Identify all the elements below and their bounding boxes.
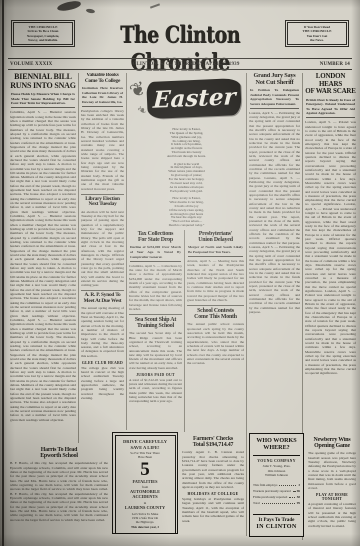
headline-presbyterians: Presbyterians' Union Delayed (187, 231, 244, 244)
body-school-contests: The annual public school contests sponso… (187, 322, 244, 365)
masthead-slogan-box-left: THE CHRONICLE Strives To Be a Clean News… (11, 20, 75, 47)
easter-poem: How lovely is Easter, The Queen of the S… (135, 128, 238, 228)
story-newberry-wins: Newberry Wins Opening Game The opening g… (308, 437, 356, 544)
rule-below-dateline (8, 69, 352, 70)
story-school-contests: School Contests Come This Month The annu… (187, 305, 244, 366)
easter-banner: ❦ ❧ Easter (131, 77, 242, 125)
ad-line-fatalities: FATALITIES (118, 480, 173, 485)
masthead-slogan-box-right: If You Don't Read THE CHRONICLE You Don'… (285, 20, 349, 47)
dateline-bar: VOLUME XXXIX CLINTON, S. C., THURSDAY, A… (10, 61, 350, 69)
body-newberry-wins: The opening game of the college baseball… (308, 451, 356, 490)
issue-number-label: NUMBER 14 (320, 62, 350, 67)
drive-carefully-ad-inner: DRIVE CAREFULLY SAVE A LIFE! So Far This… (115, 435, 176, 534)
body-jurors-paid: A total of $1,512.45 was paid out to jur… (129, 378, 182, 404)
body-valuable-books: Presbyterian college's library has been … (81, 109, 124, 191)
column-rule (126, 73, 127, 430)
headline-newberry-wins: Newberry Wins Opening Game (308, 437, 356, 450)
body-sea-scout: The second Sea Scout ship of the Blue Ri… (129, 331, 182, 370)
slogan-left-text: THE CHRONICLE Strives To Be a Clean News… (15, 25, 71, 43)
body-harris-epworth: B. F. Harris, of this city, has accepted… (10, 461, 108, 522)
column-rule (78, 73, 79, 443)
body-play-at-home: A program consisting of a number of musi… (308, 502, 356, 528)
column-tax-collections: Tax Collections For State Drop Decline o… (129, 231, 182, 430)
works-box-footer: It Pays To Trade IN CLINTON (253, 514, 300, 530)
subhead-holidays-college: HOLIDAYS AT COLLEGE (182, 492, 244, 496)
city-date-label: CLINTON, S. C., THURSDAY, APRIL 6, 1939 (133, 62, 240, 67)
works-box-row: Workers previously reported96 (253, 488, 300, 493)
body-biennial-bill: Columbia, April 5. — Biennial sessions l… (10, 110, 76, 422)
subhead-grand-jury: In Petition To Delegation Judicial Body … (250, 88, 299, 109)
story-arp-synod: A. R. P. Synod To Meet At Due West The a… (81, 290, 124, 400)
body-holidays-college: Spring holidays at Presbyterian college … (182, 497, 244, 523)
story-sea-scout: Sea Scout Ship At Training School The se… (129, 314, 182, 404)
subhead-valuable-books: Institution Here Receives Collection Fro… (82, 86, 123, 107)
body-grand-jury: Laurens, April 5. — Petitioning the coun… (249, 111, 300, 314)
ad-line-laurens-county: LAURENS COUNTY (118, 506, 173, 511)
newspaper-page: THE CHRONICLE Strives To Be a Clean News… (0, 0, 360, 546)
easter-feature-box: ❦ ❧ Easter How lovely is Easter, The Que… (129, 73, 244, 228)
body-tax-collections: Columbia, April 5. — Collections by the … (129, 264, 182, 312)
story-harris-epworth: Harris To Head Epworth School B. F. Harr… (10, 447, 108, 525)
column-london-war-scare: LONDON HEARS OF WAR SCARE British Fleet … (305, 73, 356, 434)
ink-smudge (56, 0, 81, 12)
headline-tax-collections: Tax Collections For State Drop (129, 231, 182, 244)
headline-library-election: Library Election Next Tuesday (81, 197, 124, 209)
works-box-company: YOUNG COMPANY (253, 459, 300, 463)
column-rule (184, 230, 185, 432)
headline-harris-epworth: Harris To Head Epworth School (10, 447, 108, 460)
volume-label: VOLUME XXXIX (10, 62, 52, 67)
ad-line-drive-carefully: DRIVE CAREFULLY (118, 439, 173, 444)
ink-smudge (86, 8, 96, 14)
ink-smudge (150, 3, 160, 8)
subhead-tax-collections: Decline of $234,000 Over March of Year A… (130, 245, 181, 261)
masthead: THE CHRONICLE Strives To Be a Clean News… (8, 15, 352, 57)
column-valuable-books: Valuable Books Come To College Instituti… (81, 73, 124, 444)
easter-title: Easter (152, 83, 236, 114)
headline-biennial-bill: BIENNIAL BILL RUNS INTO SNAG (10, 73, 76, 91)
subhead-jurors-paid: JURORS PAID OUT (129, 373, 182, 377)
body-arp-synod: The annual spring meeting of the synod w… (81, 306, 124, 358)
headline-farmers-checks: Farmers' Checks Total $194,714.47 (182, 436, 244, 449)
easter-banner-plate: Easter (146, 78, 242, 119)
body-glee-club: The college glee club was heard in conce… (81, 366, 124, 401)
works-box-title: WHO WORKS WHERE? (253, 436, 300, 456)
subhead-glee-club: GLEE CLUB HEARD (81, 361, 124, 365)
subhead-presbyterians: Merger of North and South Likely Be Post… (188, 245, 243, 257)
column-rule (246, 73, 247, 536)
subhead-biennial-bill: House Holds Up Measure When Charge Is Ma… (11, 92, 75, 108)
subhead-london-war-scare: British Fleet Is Ready In Face of Emerge… (306, 98, 355, 119)
in-clinton-label: IN CLINTON (253, 523, 300, 530)
column-presbyterians: Presbyterians' Union Delayed Merger of N… (187, 231, 244, 432)
scan-edge-line (2, 0, 4, 546)
works-box-row: This firm employs3 (253, 482, 300, 487)
column-biennial-bill: BIENNIAL BILL RUNS INTO SNAG House Holds… (10, 73, 76, 444)
body-library-election: An election will be held next Tuesday at… (81, 210, 124, 288)
who-works-where-ad-box: WHO WORKS WHERE? YOUNG COMPANY John T. Y… (249, 433, 304, 537)
works-box-rows: This firm employs3Workers previously rep… (253, 481, 300, 506)
headline-sea-scout: Sea Scout Ship At Training School (129, 317, 182, 330)
body-farmers-checks: County Agent C. B. Cannon stated yesterd… (182, 450, 244, 489)
headline-london-war-scare: LONDON HEARS OF WAR SCARE (305, 73, 356, 96)
ad-line-so-far: So Far This Year There Have Been (118, 451, 173, 459)
works-box-people: John T. Young, Pres. Otis Johnson Willia… (253, 464, 300, 478)
headline-arp-synod: A. R. P. Synod To Meet At Due West (81, 293, 124, 305)
ad-line-save-a-life: SAVE A LIFE! (118, 445, 173, 450)
who-works-where-inner: WHO WORKS WHERE? YOUNG COMPANY John T. Y… (250, 434, 303, 532)
headline-valuable-books: Valuable Books Come To College (81, 73, 124, 85)
ad-line-last-year: This date last year, 3 (118, 525, 173, 529)
column-grand-jury: Grand Jury Says Not Cut Sheriff In Petit… (249, 73, 300, 430)
works-box-row: Firms previously reported58 (253, 494, 300, 499)
body-presbyterians: Atlanta, April 5. — Meeting here this we… (187, 259, 244, 302)
story-library-election: Library Election Next Tuesday An electio… (81, 194, 124, 288)
story-farmers-checks: Farmers' Checks Total $194,714.47 County… (182, 436, 244, 544)
headline-grand-jury: Grand Jury Says Not Cut Sheriff (249, 73, 300, 87)
works-box-row: Total99 (253, 500, 300, 505)
headline-school-contests: School Contests Come This Month (187, 308, 244, 321)
subhead-play-at-home: PLAY AT HOME TONIGHT (308, 493, 356, 501)
body-london-war-scare: London, April 5. — Poland was understood… (305, 120, 356, 375)
fatalities-count: 5 (118, 460, 173, 479)
slogan-right-text: If You Don't Read THE CHRONICLE You Don'… (289, 25, 345, 43)
ad-line-lets-strive: Let's Strive To Make 1939 a Safe Year On… (118, 512, 173, 524)
ad-line-automobile-accidents: AUTOMOBILE ACCIDENTS (118, 490, 173, 500)
drive-carefully-ad-box: DRIVE CAREFULLY SAVE A LIFE! So Far This… (112, 432, 178, 534)
rule-above-dateline (8, 58, 352, 59)
